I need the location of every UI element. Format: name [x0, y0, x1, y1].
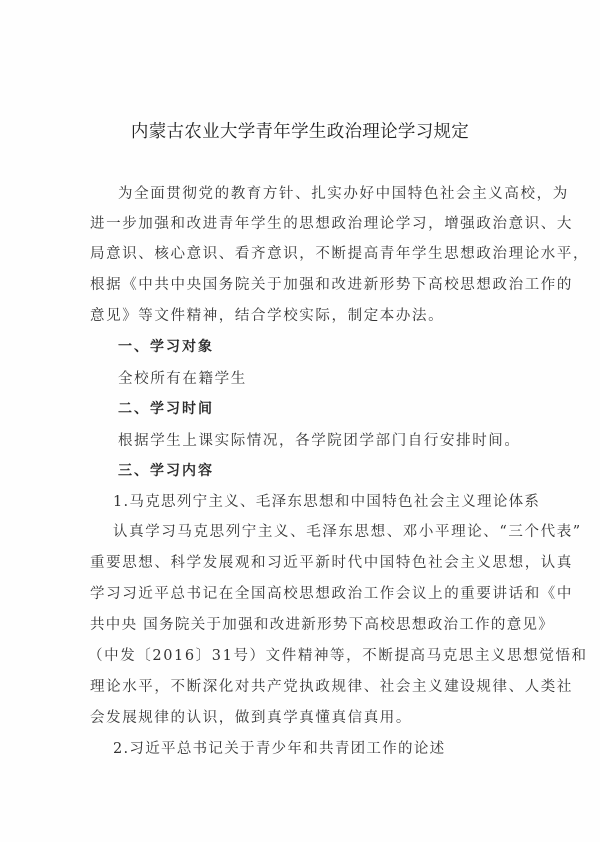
intro-line-1: 为全面贯彻党的教育方针、扎实办好中国特色社会主义高校，为: [118, 182, 569, 203]
intro-line-2: 进一步加强和改进青年学生的思想政治理论学习，增强政治意识、大: [90, 212, 573, 233]
section-heading-2: 二、学习时间: [118, 398, 214, 418]
section-body-2: 根据学生上课实际情况，各学院团学部门自行安排时间。: [118, 429, 521, 450]
document-title: 内蒙古农业大学青年学生政治理论学习规定: [0, 118, 600, 143]
intro-line-5: 意见》等文件精神，结合学校实际，制定本办法。: [90, 304, 444, 325]
section-heading-1: 一、学习对象: [118, 336, 214, 356]
intro-line-4: 根据《中共中央国务院关于加强和改进新形势下高校思想政治工作的: [90, 273, 573, 294]
section-heading-3: 三、学习内容: [118, 460, 214, 480]
intro-line-3: 局意识、核心意识、看齐意识，不断提高青年学生思想政治理论水平，: [90, 242, 589, 263]
item-body-line-7: 会发展规律的认识，做到真学真懂真信真用。: [90, 706, 412, 727]
item-body-line-3: 学习习近平总书记在全国高校思想政治工作会议上的重要讲话和《中: [90, 582, 573, 603]
item-body-line-6: 理论水平，不断深化对共产党执政规律、社会主义建设规律、人类社: [90, 675, 573, 696]
item-body-line-5: （中发〔2016〕31号）文件精神等，不断提高马克思主义思想觉悟和: [88, 644, 588, 665]
section-body-1: 全校所有在籍学生: [118, 367, 247, 388]
item-title-2: 2.习近平总书记关于青少年和共青团工作的论述: [113, 737, 445, 758]
item-body-line-4: 共中央 国务院关于加强和改进新形势下高校思想政治工作的意见》: [90, 613, 554, 634]
item-body-line-1: 认真学习马克思列宁主义、毛泽东思想、邓小平理论、“三个代表”: [113, 520, 582, 541]
item-body-line-2: 重要思想、科学发展观和习近平新时代中国特色社会主义思想，认真: [90, 551, 573, 572]
document-page: 内蒙古农业大学青年学生政治理论学习规定 为全面贯彻党的教育方针、扎实办好中国特色…: [0, 0, 600, 842]
item-title-1: 1.马克思列宁主义、毛泽东思想和中国特色社会主义理论体系: [113, 490, 540, 511]
